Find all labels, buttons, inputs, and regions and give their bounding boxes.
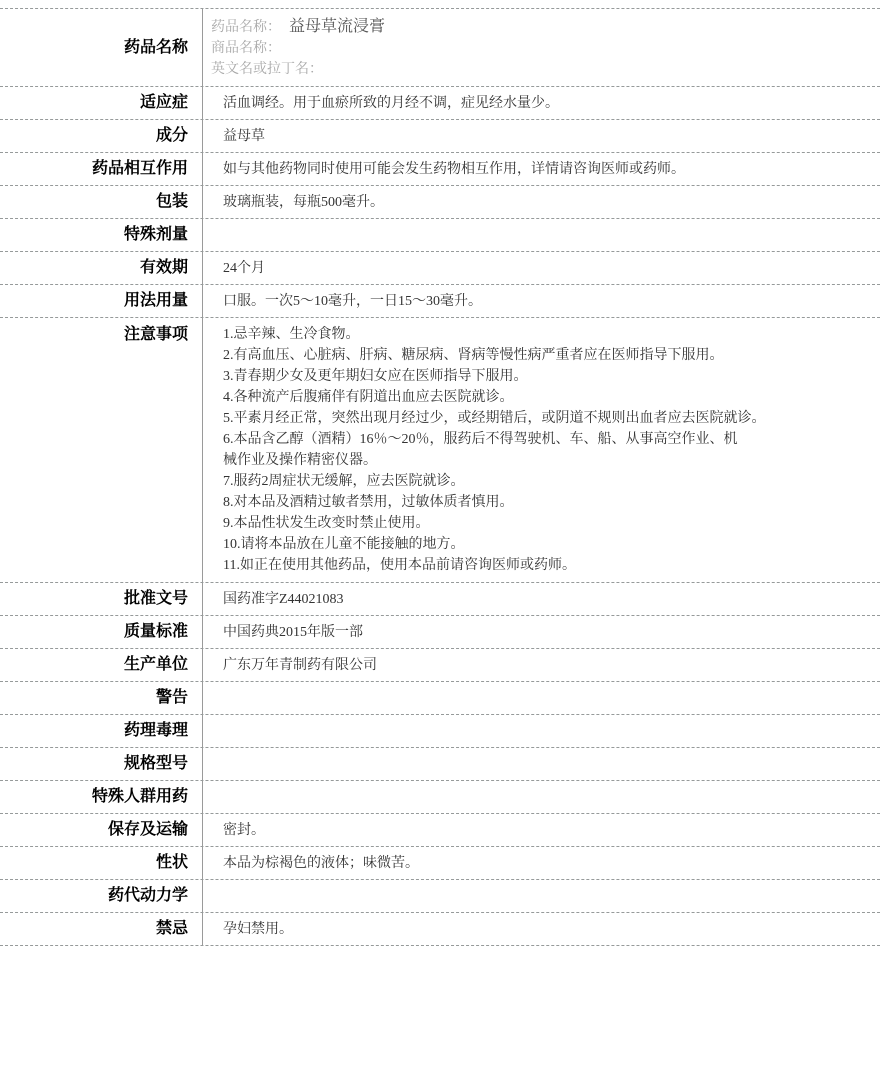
row-value-content: 孕妇禁用。 bbox=[223, 919, 788, 940]
row-value-cell bbox=[203, 781, 880, 813]
row-value-cell: 国药准字Z44021083 bbox=[203, 583, 880, 615]
row-label: 成分 bbox=[156, 126, 188, 146]
row-label: 警告 bbox=[156, 688, 188, 708]
table-row: 药品名称药品名称：益母草流浸膏商品名称：英文名或拉丁名： bbox=[0, 9, 880, 87]
row-label-cell: 批准文号 bbox=[0, 583, 203, 615]
row-value-content: 如与其他药物同时使用可能会发生药物相互作用，详情请咨询医师或药师。 bbox=[223, 159, 788, 180]
precaution-line: 1.忌辛辣、生冷食物。 bbox=[223, 324, 788, 345]
row-value-cell bbox=[203, 682, 880, 714]
row-value-cell: 24个月 bbox=[203, 252, 880, 284]
drug-name-line: 英文名或拉丁名： bbox=[211, 59, 776, 80]
row-label-cell: 药品名称 bbox=[0, 9, 203, 86]
row-value-content: 密封。 bbox=[223, 820, 788, 841]
row-value-content: 口服。一次5～10毫升，一日15～30毫升。 bbox=[223, 291, 788, 312]
row-label: 有效期 bbox=[140, 258, 188, 278]
row-value: 如与其他药物同时使用可能会发生药物相互作用，详情请咨询医师或药师。 bbox=[223, 159, 788, 180]
row-value-cell: 药品名称：益母草流浸膏商品名称：英文名或拉丁名： bbox=[203, 9, 880, 86]
row-value-content: 广东万年青制药有限公司 bbox=[223, 655, 788, 676]
row-value: 中国药典2015年版一部 bbox=[223, 622, 788, 643]
row-value-cell: 玻璃瓶装，每瓶500毫升。 bbox=[203, 186, 880, 218]
field-prefix: 药品名称： bbox=[211, 20, 281, 35]
row-label: 性状 bbox=[156, 853, 188, 873]
row-value: 口服。一次5～10毫升，一日15～30毫升。 bbox=[223, 291, 788, 312]
table-row: 适应症活血调经。用于血瘀所致的月经不调，症见经水量少。 bbox=[0, 87, 880, 120]
row-label: 质量标准 bbox=[124, 622, 188, 642]
row-label-cell: 保存及运输 bbox=[0, 814, 203, 846]
table-row: 用法用量口服。一次5～10毫升，一日15～30毫升。 bbox=[0, 285, 880, 318]
row-label: 药品相互作用 bbox=[92, 159, 188, 179]
table-row: 质量标准中国药典2015年版一部 bbox=[0, 616, 880, 649]
row-value-cell: 本品为棕褐色的液体；味微苦。 bbox=[203, 847, 880, 879]
row-value: 玻璃瓶装，每瓶500毫升。 bbox=[223, 192, 788, 213]
row-label: 特殊剂量 bbox=[124, 225, 188, 245]
table-row: 保存及运输密封。 bbox=[0, 814, 880, 847]
row-value-content: 药品名称：益母草流浸膏商品名称：英文名或拉丁名： bbox=[211, 16, 776, 80]
row-value: 孕妇禁用。 bbox=[223, 919, 788, 940]
drug-name: 益母草流浸膏 bbox=[289, 18, 385, 35]
precaution-line: 5.平素月经正常，突然出现月经过少，或经期错后，或阴道不规则出血者应去医院就诊。 bbox=[223, 408, 788, 429]
row-label: 特殊人群用药 bbox=[92, 787, 188, 807]
table-row: 药理毒理 bbox=[0, 715, 880, 748]
row-value-cell: 活血调经。用于血瘀所致的月经不调，症见经水量少。 bbox=[203, 87, 880, 119]
row-value-cell: 口服。一次5～10毫升，一日15～30毫升。 bbox=[203, 285, 880, 317]
row-label: 适应症 bbox=[140, 93, 188, 113]
table-row: 禁忌孕妇禁用。 bbox=[0, 913, 880, 946]
row-value: 本品为棕褐色的液体；味微苦。 bbox=[223, 853, 788, 874]
row-label: 用法用量 bbox=[124, 291, 188, 311]
row-value-content: 活血调经。用于血瘀所致的月经不调，症见经水量少。 bbox=[223, 93, 788, 114]
row-label: 药品名称 bbox=[124, 38, 188, 58]
row-label-cell: 药代动力学 bbox=[0, 880, 203, 912]
row-label: 药理毒理 bbox=[124, 721, 188, 741]
drug-name-line: 商品名称： bbox=[211, 38, 776, 59]
row-label: 生产单位 bbox=[124, 655, 188, 675]
precaution-line: 8.对本品及酒精过敏者禁用，过敏体质者慎用。 bbox=[223, 492, 788, 513]
drug-info-table: 药品名称药品名称：益母草流浸膏商品名称：英文名或拉丁名：适应症活血调经。用于血瘀… bbox=[0, 8, 880, 946]
row-label-cell: 成分 bbox=[0, 120, 203, 152]
precaution-line: 4.各种流产后腹痛伴有阴道出血应去医院就诊。 bbox=[223, 387, 788, 408]
row-label-cell: 规格型号 bbox=[0, 748, 203, 780]
row-value-content: 中国药典2015年版一部 bbox=[223, 622, 788, 643]
precaution-line: 3.青春期少女及更年期妇女应在医师指导下服用。 bbox=[223, 366, 788, 387]
row-value-cell bbox=[203, 715, 880, 747]
row-value: 24个月 bbox=[223, 258, 788, 279]
row-value-cell: 孕妇禁用。 bbox=[203, 913, 880, 945]
row-value-cell: 密封。 bbox=[203, 814, 880, 846]
row-label: 药代动力学 bbox=[108, 886, 188, 906]
drug-name-line: 药品名称：益母草流浸膏 bbox=[211, 16, 776, 38]
row-value-content: 1.忌辛辣、生冷食物。2.有高血压、心脏病、肝病、糖尿病、肾病等慢性病严重者应在… bbox=[223, 324, 788, 576]
field-prefix: 英文名或拉丁名： bbox=[211, 62, 323, 77]
precaution-line: 11.如正在使用其他药品，使用本品前请咨询医师或药师。 bbox=[223, 555, 788, 576]
row-label: 规格型号 bbox=[124, 754, 188, 774]
table-row: 特殊人群用药 bbox=[0, 781, 880, 814]
row-value: 活血调经。用于血瘀所致的月经不调，症见经水量少。 bbox=[223, 93, 788, 114]
precaution-line: 6.本品含乙醇（酒精）16％～20％，服药后不得驾驶机、车、船、从事高空作业、机 bbox=[223, 429, 788, 450]
precaution-line: 2.有高血压、心脏病、肝病、糖尿病、肾病等慢性病严重者应在医师指导下服用。 bbox=[223, 345, 788, 366]
row-value-cell: 1.忌辛辣、生冷食物。2.有高血压、心脏病、肝病、糖尿病、肾病等慢性病严重者应在… bbox=[203, 318, 880, 582]
precaution-line: 械作业及操作精密仪器。 bbox=[223, 450, 788, 471]
table-row: 生产单位广东万年青制药有限公司 bbox=[0, 649, 880, 682]
table-row: 警告 bbox=[0, 682, 880, 715]
precaution-line: 10.请将本品放在儿童不能接触的地方。 bbox=[223, 534, 788, 555]
row-value-cell: 益母草 bbox=[203, 120, 880, 152]
row-value-content: 玻璃瓶装，每瓶500毫升。 bbox=[223, 192, 788, 213]
precaution-line: 7.服药2周症状无缓解，应去医院就诊。 bbox=[223, 471, 788, 492]
table-row: 药代动力学 bbox=[0, 880, 880, 913]
field-prefix: 商品名称： bbox=[211, 41, 281, 56]
row-label-cell: 用法用量 bbox=[0, 285, 203, 317]
row-label-cell: 特殊人群用药 bbox=[0, 781, 203, 813]
row-label-cell: 特殊剂量 bbox=[0, 219, 203, 251]
table-row: 性状本品为棕褐色的液体；味微苦。 bbox=[0, 847, 880, 880]
row-value: 益母草 bbox=[223, 126, 788, 147]
row-value: 密封。 bbox=[223, 820, 788, 841]
row-label-cell: 适应症 bbox=[0, 87, 203, 119]
row-value-content: 本品为棕褐色的液体；味微苦。 bbox=[223, 853, 788, 874]
row-label-cell: 药品相互作用 bbox=[0, 153, 203, 185]
table-row: 药品相互作用如与其他药物同时使用可能会发生药物相互作用，详情请咨询医师或药师。 bbox=[0, 153, 880, 186]
row-label: 注意事项 bbox=[124, 325, 188, 345]
row-value-cell bbox=[203, 219, 880, 251]
row-value: 广东万年青制药有限公司 bbox=[223, 655, 788, 676]
precaution-line: 9.本品性状发生改变时禁止使用。 bbox=[223, 513, 788, 534]
table-row: 规格型号 bbox=[0, 748, 880, 781]
table-row: 有效期24个月 bbox=[0, 252, 880, 285]
row-value-cell bbox=[203, 748, 880, 780]
table-row: 批准文号国药准字Z44021083 bbox=[0, 583, 880, 616]
table-row: 特殊剂量 bbox=[0, 219, 880, 252]
table-row: 包装玻璃瓶装，每瓶500毫升。 bbox=[0, 186, 880, 219]
row-value-content: 益母草 bbox=[223, 126, 788, 147]
row-label: 禁忌 bbox=[156, 919, 188, 939]
row-label-cell: 性状 bbox=[0, 847, 203, 879]
row-value-cell bbox=[203, 880, 880, 912]
table-row: 注意事项1.忌辛辣、生冷食物。2.有高血压、心脏病、肝病、糖尿病、肾病等慢性病严… bbox=[0, 318, 880, 583]
row-label: 批准文号 bbox=[124, 589, 188, 609]
row-value-content: 24个月 bbox=[223, 258, 788, 279]
row-label: 保存及运输 bbox=[108, 820, 188, 840]
row-label-cell: 生产单位 bbox=[0, 649, 203, 681]
row-label: 包装 bbox=[156, 192, 188, 212]
row-value-cell: 中国药典2015年版一部 bbox=[203, 616, 880, 648]
row-value: 国药准字Z44021083 bbox=[223, 589, 788, 610]
row-value-cell: 广东万年青制药有限公司 bbox=[203, 649, 880, 681]
row-value-content: 国药准字Z44021083 bbox=[223, 589, 788, 610]
row-label-cell: 警告 bbox=[0, 682, 203, 714]
table-row: 成分益母草 bbox=[0, 120, 880, 153]
row-label-cell: 禁忌 bbox=[0, 913, 203, 945]
row-label-cell: 有效期 bbox=[0, 252, 203, 284]
row-label-cell: 包装 bbox=[0, 186, 203, 218]
row-label-cell: 质量标准 bbox=[0, 616, 203, 648]
row-label-cell: 药理毒理 bbox=[0, 715, 203, 747]
row-label-cell: 注意事项 bbox=[0, 318, 203, 582]
row-value-cell: 如与其他药物同时使用可能会发生药物相互作用，详情请咨询医师或药师。 bbox=[203, 153, 880, 185]
